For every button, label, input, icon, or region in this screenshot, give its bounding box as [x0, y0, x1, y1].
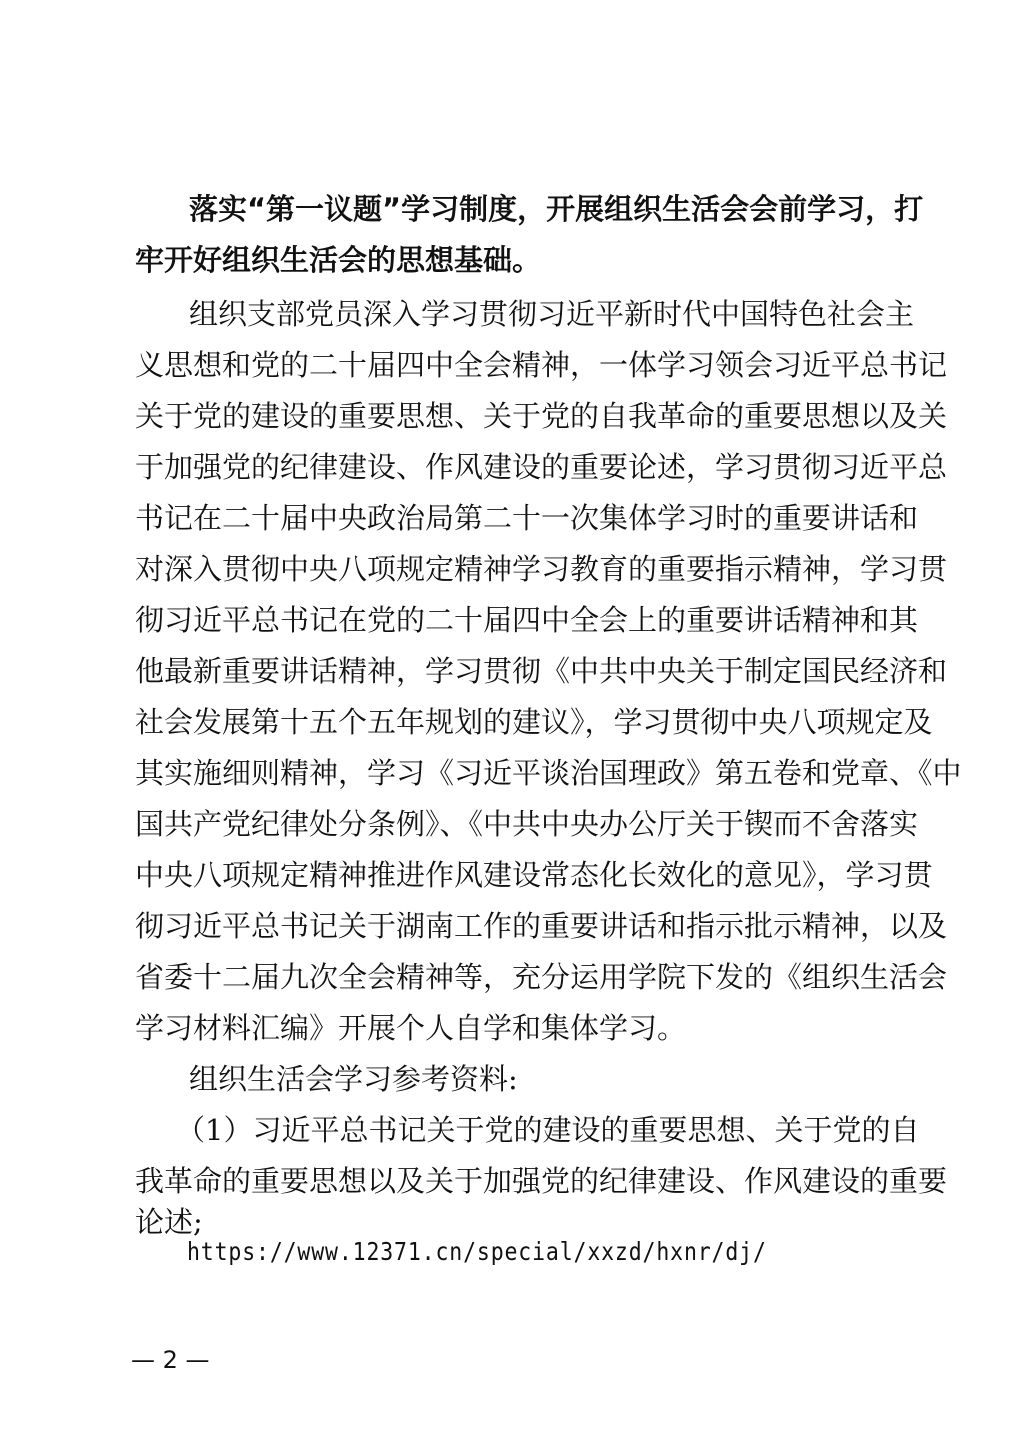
heading-line-2: 牢开好组织生活会的思想基础。	[135, 235, 897, 286]
body-line-7: 彻习近平总书记在党的二十届四中全会上的重要讲话精神和其	[135, 595, 897, 646]
body-line-11: 国共产党纪律处分条例》、《中共中央办公厅关于锲而不舍落实	[135, 799, 897, 850]
body-line-4: 于加强党的纪律建设、作风建设的重要论述，学习贯彻习近平总	[135, 442, 897, 493]
body-line-3: 关于党的建设的重要思想、关于党的自我革命的重要思想以及关	[135, 391, 897, 442]
body-line-14: 省委十二届九次全会精神等，充分运用学院下发的《组织生活会	[135, 952, 897, 1003]
heading-line-1: 落实“第一议题”学习制度，开展组织生活会会前学习，打	[189, 184, 897, 235]
body-line-13: 彻习近平总书记关于湖南工作的重要讲话和指示批示精神，以及	[135, 901, 897, 952]
document-page: 落实“第一议题”学习制度，开展组织生活会会前学习，打 牢开好组织生活会的思想基础…	[0, 0, 1024, 1448]
body-line-15: 学习材料汇编》开展个人自学和集体学习。	[135, 1003, 897, 1054]
reference-item-line-2: 我革命的重要思想以及关于加强党的纪律建设、作风建设的重要	[135, 1156, 897, 1207]
reference-heading: 组织生活会学习参考资料:	[189, 1054, 897, 1105]
body-line-1: 组织支部党员深入学习贯彻习近平新时代中国特色社会主	[189, 289, 897, 340]
reference-item-line-1: （1）习近平总书记关于党的建设的重要思想、关于党的自	[176, 1105, 897, 1156]
body-line-9: 社会发展第十五个五年规划的建议》，学习贯彻中央八项规定及	[135, 697, 897, 748]
body-line-12: 中央八项规定精神推进作风建设常态化长效化的意见》，学习贯	[135, 850, 897, 901]
page-number: — 2 —	[131, 1346, 210, 1374]
body-line-6: 对深入贯彻中央八项规定精神学习教育的重要指示精神，学习贯	[135, 544, 897, 595]
reference-url-link[interactable]: https://www.12371.cn/special/xxzd/hxnr/d…	[187, 1232, 767, 1272]
body-line-8: 他最新重要讲话精神，学习贯彻《中共中央关于制定国民经济和	[135, 646, 897, 697]
body-line-10: 其实施细则精神，学习《习近平谈治国理政》第五卷和党章、《中	[135, 748, 897, 799]
body-line-2: 义思想和党的二十届四中全会精神，一体学习领会习近平总书记	[135, 340, 897, 391]
body-line-5: 书记在二十届中央政治局第二十一次集体学习时的重要讲话和	[135, 493, 897, 544]
